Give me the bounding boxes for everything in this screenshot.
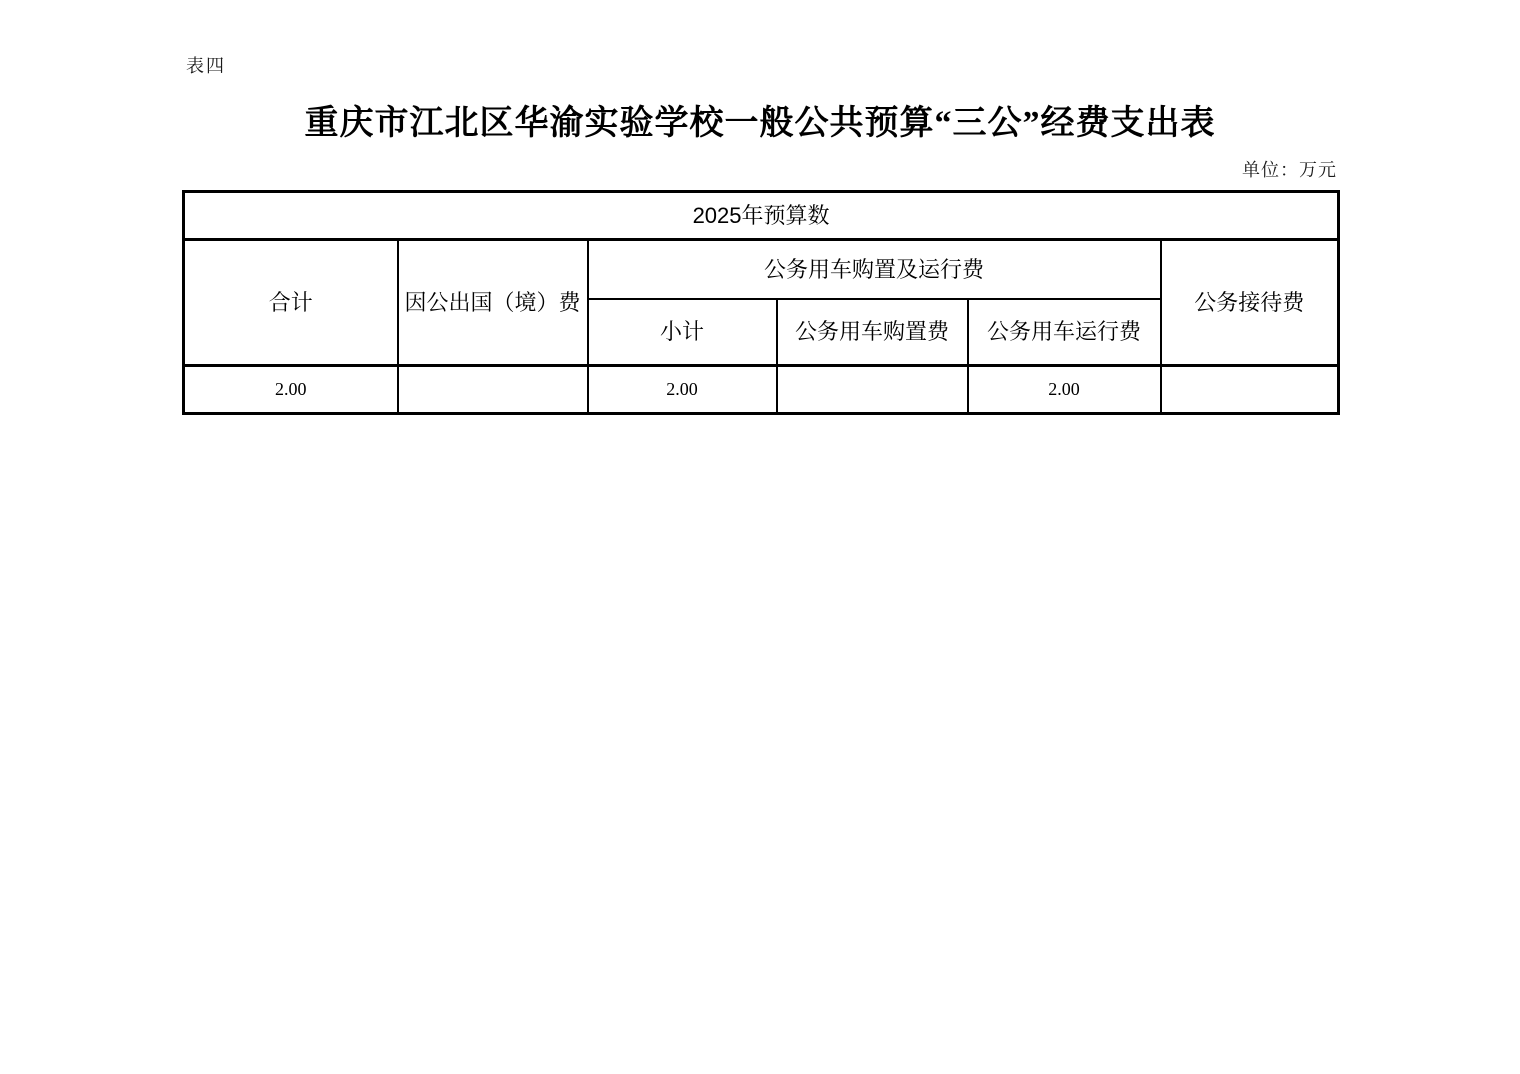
year-header-cell: 2025年预算数 [184,192,1339,240]
document-page: 表四 重庆市江北区华渝实验学校一般公共预算“三公”经费支出表 单位：万元 202… [0,0,1520,1074]
table-number-label: 表四 [186,52,226,78]
data-total-cell: 2.00 [184,366,398,414]
header-vehicle-operation-cell: 公务用车运行费 [968,299,1161,366]
data-abroad-cell [398,366,588,414]
table-row-data: 2.00 2.00 2.00 [184,366,1339,414]
table-row-year: 2025年预算数 [184,192,1339,240]
table-row-header-top: 合计 因公出国（境）费 公务用车购置及运行费 公务接待费 [184,240,1339,300]
header-vehicle-group-cell: 公务用车购置及运行费 [588,240,1161,300]
header-total-cell: 合计 [184,240,398,366]
data-vehicle-subtotal-cell: 2.00 [588,366,777,414]
page-title: 重庆市江北区华渝实验学校一般公共预算“三公”经费支出表 [0,95,1520,144]
header-vehicle-subtotal-cell: 小计 [588,299,777,366]
budget-table: 2025年预算数 合计 因公出国（境）费 公务用车购置及运行费 公务接待费 小计… [182,190,1340,415]
data-vehicle-purchase-cell [777,366,968,414]
header-abroad-cell: 因公出国（境）费 [398,240,588,366]
unit-note: 单位：万元 [1242,156,1337,182]
data-reception-cell [1161,366,1339,414]
data-vehicle-operation-cell: 2.00 [968,366,1161,414]
header-vehicle-purchase-cell: 公务用车购置费 [777,299,968,366]
header-reception-cell: 公务接待费 [1161,240,1339,366]
